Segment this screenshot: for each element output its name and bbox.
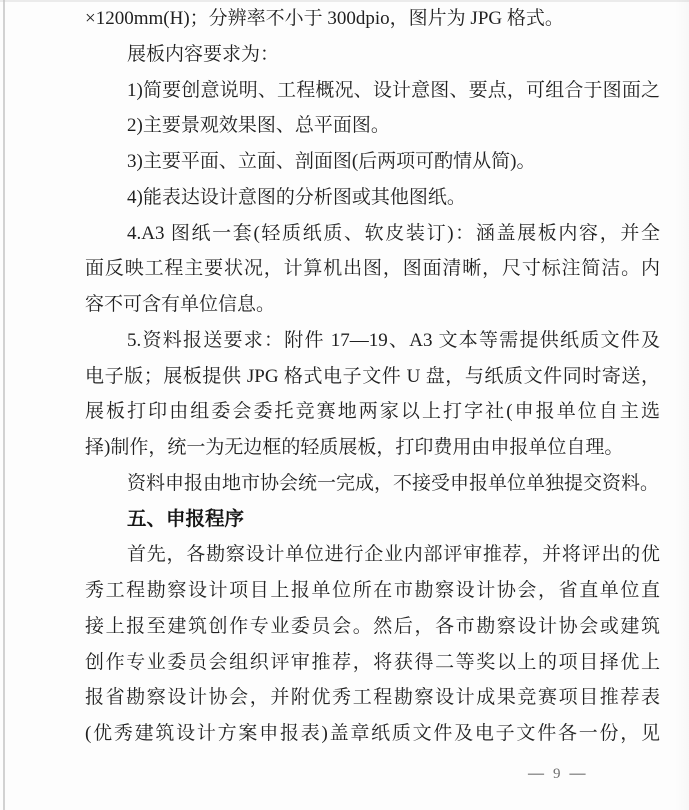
doc-line-9: 容不可含有单位信息。 [85,287,660,323]
doc-line-19: 创作专业委员会组织评审推荐，将获得二等奖以上的项目择优上 [85,645,660,681]
doc-line-10: 5.资料报送要求：附件 17—19、A3 文本等需提供纸质文件及 [85,323,660,359]
doc-line-14: 资料申报由地市协会统一完成，不接受申报单位单独提交资料。 [85,466,660,502]
page-number-value: 9 [553,766,561,783]
scan-right-shade [675,0,689,810]
doc-line-3: 1)简要创意说明、工程概况、设计意图、要点，可组合于图面之中。 [85,73,660,109]
doc-line-6: 4)能表达设计意图的分析图或其他图纸。 [85,180,660,216]
doc-line-5: 3)主要平面、立面、剖面图(后两项可酌情从简)。 [85,144,660,180]
doc-line-20: 报省勘察设计协会，并附优秀工程勘察设计成果竞赛项目推荐表 [85,680,660,716]
scan-left-edge-line [3,0,5,810]
doc-line-11: 电子版；展板提供 JPG 格式电子文件 U 盘，与纸质文件同时寄送， [85,359,660,395]
doc-line-7: 4.A3 图纸一套(轻质纸质、软皮装订)：涵盖展板内容，并全 [85,216,660,252]
doc-line-8: 面反映工程主要状况，计算机出图，图面清晰，尺寸标注简洁。内 [85,251,660,287]
doc-line-17: 秀工程勘察设计项目上报单位所在市勘察设计协会，省直单位直 [85,573,660,609]
doc-line-13: 择)制作，统一为无边框的轻质展板，打印费用由申报单位自理。 [85,430,660,466]
doc-line-12: 展板打印由组委会委托竞赛地两家以上打字社(申报单位自主选 [85,394,660,430]
section-heading: 五、申报程序 [85,502,660,538]
page-number-dash-left: — [528,765,544,783]
doc-line-18: 接上报至建筑创作专业委员会。然后，各市勘察设计协会或建筑 [85,609,660,645]
document-body: ×1200mm(H)；分辨率不小于 300dpio，图片为 JPG 格式。 展板… [85,1,660,752]
doc-line-1: ×1200mm(H)；分辨率不小于 300dpio，图片为 JPG 格式。 [85,1,660,37]
page-number: — 9 — [528,765,586,783]
document-page: ×1200mm(H)；分辨率不小于 300dpio，图片为 JPG 格式。 展板… [0,0,689,810]
doc-line-16: 首先，各勘察设计单位进行企业内部评审推荐，并将评出的优 [85,537,660,573]
doc-line-2: 展板内容要求为： [85,37,660,73]
doc-line-21: (优秀建筑设计方案申报表)盖章纸质文件及电子文件各一份，见 [85,716,660,752]
page-number-dash-right: — [570,765,586,783]
doc-line-4: 2)主要景观效果图、总平面图。 [85,108,660,144]
